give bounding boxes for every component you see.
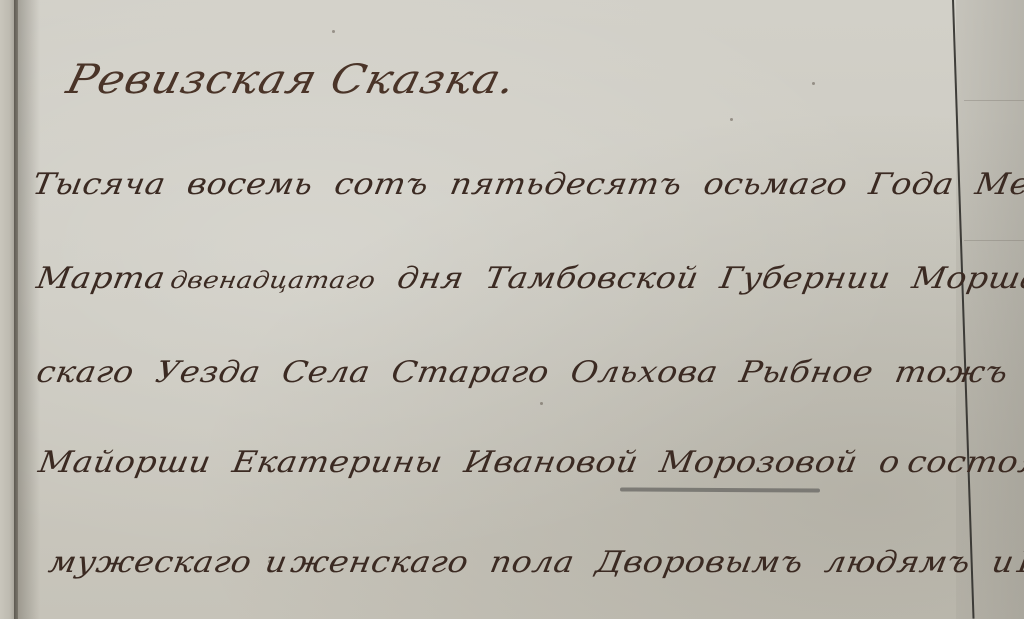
word: людямъ — [822, 544, 973, 579]
right-margin — [956, 0, 1024, 619]
word: осьмаго — [701, 166, 851, 201]
manuscript-line-4: МайоршиЕкатериныИвановойМорозовойосостоя… — [36, 444, 1024, 479]
paper-fold-mark — [964, 240, 1024, 241]
word: Села — [279, 354, 373, 389]
document-title: Ревизская Сказка. — [62, 56, 521, 103]
word: мужескаго — [46, 544, 255, 579]
word: восемь — [184, 166, 316, 201]
word: состоящихъ — [905, 444, 1024, 479]
word: и — [989, 544, 1017, 579]
word: Тамбовской — [483, 260, 702, 295]
paper-speck — [812, 82, 815, 85]
word: Дворовымъ — [593, 544, 806, 579]
word: сотъ — [332, 166, 432, 201]
word: Тысяча — [30, 166, 169, 201]
word: женскаго — [288, 544, 471, 579]
word: Месяца — [973, 166, 1024, 201]
paper-speck — [730, 118, 733, 121]
word: и — [262, 544, 290, 579]
manuscript-line-1: ТысячавосемьсотъпятьдесятъосьмагоГодаМес… — [30, 166, 1024, 201]
word: Ольхова — [568, 354, 721, 389]
word: Рыбное — [737, 354, 877, 389]
word: Моршан- — [909, 260, 1024, 295]
adjacent-page-edge — [0, 0, 14, 619]
word: двенадцатаго — [168, 267, 377, 294]
paper-fold-mark — [964, 100, 1024, 101]
word: Уезда — [153, 354, 264, 389]
manuscript-line-3: скагоУездаСелаСтарагоОльховаРыбноетожъ — [34, 354, 1024, 389]
manuscript-line-5: мужескагоиженскагополаДворовымълюдямъиКр… — [46, 544, 1024, 579]
paper-speck — [540, 402, 543, 405]
word: Губернии — [717, 260, 893, 295]
word: пола — [487, 544, 577, 579]
word: скаго — [34, 354, 137, 389]
word: о — [876, 444, 903, 479]
word: Марта — [34, 260, 168, 295]
word: тожъ — [892, 354, 1011, 389]
paper-speck — [332, 30, 335, 33]
word: Стараго — [389, 354, 552, 389]
word: пятьдесятъ — [447, 166, 685, 201]
word: Ивановой — [462, 444, 642, 479]
word: Года — [866, 166, 957, 201]
binding-shadow — [18, 0, 40, 619]
word: Майорши — [36, 444, 214, 479]
underlined-surname: Морозовой — [657, 444, 861, 479]
word: Екатерины — [230, 444, 446, 479]
word: дня — [395, 260, 467, 295]
manuscript-line-2: МартадвенадцатагодняТамбовскойГубернииМо… — [34, 260, 1024, 295]
word: Крестьянамъ — [1015, 544, 1024, 579]
